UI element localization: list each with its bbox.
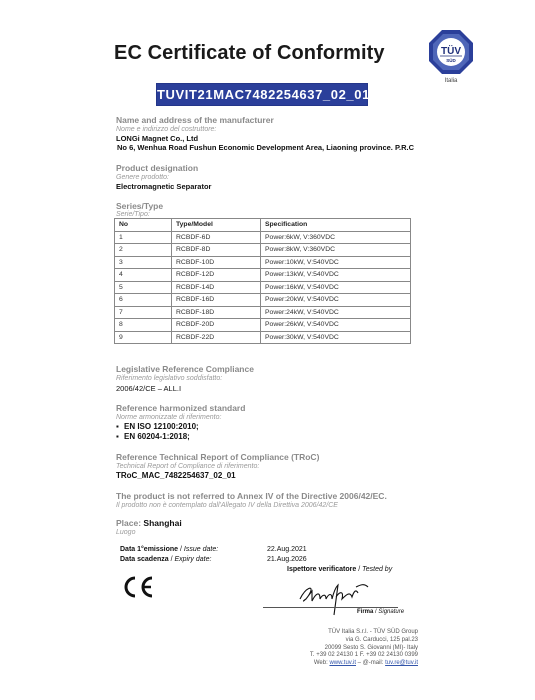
cell-specification: Power:16kW, V:540VDC <box>261 281 411 294</box>
troc-value: TRoC_MAC_7482254637_02_01 <box>116 471 236 480</box>
table-row: 5RCBDF-14DPower:16kW, V:540VDC <box>115 281 411 294</box>
cell-specification: Power:30kW, V:540VDC <box>261 331 411 344</box>
series-heading: Series/Type <box>116 201 163 211</box>
cell-no: 1 <box>115 231 172 244</box>
email-link[interactable]: tuv.re@tuv.it <box>385 660 418 666</box>
series-table: No Type/Model Specification 1RCBDF-6DPow… <box>114 218 411 344</box>
troc-heading-it: Technical Report of Compliance di riferi… <box>116 463 259 470</box>
place: Place: Shanghai <box>116 518 182 528</box>
cell-type-model: RCBDF-22D <box>172 331 261 344</box>
cell-type-model: RCBDF-12D <box>172 269 261 282</box>
logo-caption: Italia <box>428 78 474 84</box>
standard-item: ▪EN ISO 12100:2010; <box>116 422 199 431</box>
cell-no: 9 <box>115 331 172 344</box>
website-link[interactable]: www.tuv.it <box>329 660 356 666</box>
bullet-icon: ▪ <box>116 432 124 441</box>
page-title: EC Certificate of Conformity <box>114 42 385 65</box>
svg-text:TÜV: TÜV <box>441 44 461 57</box>
table-row: 9RCBDF-22DPower:30kW, V:540VDC <box>115 331 411 344</box>
manufacturer-heading-it: Nome e indirizzo del costruttore: <box>116 126 216 133</box>
table-row: 3RCBDF-10DPower:10kW, V:540VDC <box>115 256 411 269</box>
legislative-value: 2006/42/CE – ALL.I <box>116 384 181 393</box>
expiry-date-value: 21.Aug.2026 <box>267 556 307 563</box>
cell-specification: Power:6kW, V:360VDC <box>261 231 411 244</box>
manufacturer-address: No 6, Wenhua Road Fushun Economic Develo… <box>117 143 414 152</box>
cell-type-model: RCBDF-10D <box>172 256 261 269</box>
table-row: 8RCBDF-20DPower:26kW, V:540VDC <box>115 319 411 332</box>
legislative-heading: Legislative Reference Compliance <box>116 364 254 374</box>
cell-specification: Power:20kW, V:540VDC <box>261 294 411 307</box>
table-row: 2RCBDF-8DPower:8kW, V:360VDC <box>115 244 411 257</box>
footer-address: TÜV Italia S.r.l. - TÜV SÜD Group via G.… <box>310 629 418 668</box>
product-heading-it: Genere prodotto: <box>116 174 169 181</box>
cell-no: 7 <box>115 306 172 319</box>
issue-date-label: Data 1°emissione / Issue date: <box>120 546 218 553</box>
cell-no: 5 <box>115 281 172 294</box>
cell-specification: Power:10kW, V:540VDC <box>261 256 411 269</box>
standard-item: ▪EN 60204-1:2018; <box>116 432 190 441</box>
cell-specification: Power:13kW, V:540VDC <box>261 269 411 282</box>
bullet-icon: ▪ <box>116 422 124 431</box>
table-row: 7RCBDF-18DPower:24kW, V:540VDC <box>115 306 411 319</box>
certificate-number-badge: TUVIT21MAC7482254637_02_01 <box>156 83 368 106</box>
cell-specification: Power:24kW, V:540VDC <box>261 306 411 319</box>
table-row: 6RCBDF-16DPower:20kW, V:540VDC <box>115 294 411 307</box>
series-heading-it: Serie/Tipo: <box>116 211 150 218</box>
column-header-spec: Specification <box>261 219 411 232</box>
table-row: 1RCBDF-6DPower:6kW, V:360VDC <box>115 231 411 244</box>
cell-no: 3 <box>115 256 172 269</box>
annex-statement: The product is not referred to Annex IV … <box>116 491 387 501</box>
manufacturer-heading: Name and address of the manufacturer <box>116 115 274 125</box>
product-value: Electromagnetic Separator <box>116 182 211 191</box>
signature-line <box>263 607 398 608</box>
annex-statement-it: Il prodotto non è contemplato dall'Alleg… <box>116 502 338 509</box>
tuv-sud-logo-icon: TÜV SÜD <box>428 29 474 75</box>
expiry-date-label: Data scadenza / Expiry date: <box>120 556 211 563</box>
issue-date-value: 22.Aug.2021 <box>267 546 307 553</box>
tested-by-label: Ispettore verificatore / Tested by <box>287 566 392 573</box>
cell-type-model: RCBDF-6D <box>172 231 261 244</box>
cell-no: 2 <box>115 244 172 257</box>
legislative-heading-it: Riferimento legislativo soddisfatto: <box>116 375 222 382</box>
standards-heading: Reference harmonized standard <box>116 403 245 413</box>
cell-no: 6 <box>115 294 172 307</box>
footer-contact: Web: www.tuv.it – @-mail: tuv.re@tuv.it <box>310 660 418 668</box>
cell-no: 8 <box>115 319 172 332</box>
standards-heading-it: Norme armonizzate di riferimento: <box>116 414 221 421</box>
product-heading: Product designation <box>116 163 198 173</box>
cell-type-model: RCBDF-8D <box>172 244 261 257</box>
cell-no: 4 <box>115 269 172 282</box>
column-header-type: Type/Model <box>172 219 261 232</box>
column-header-no: No <box>115 219 172 232</box>
cell-specification: Power:8kW, V:360VDC <box>261 244 411 257</box>
svg-text:SÜD: SÜD <box>446 57 456 63</box>
troc-heading: Reference Technical Report of Compliance… <box>116 452 319 462</box>
ce-mark-icon <box>121 576 155 603</box>
cell-type-model: RCBDF-18D <box>172 306 261 319</box>
signature-image <box>296 577 376 622</box>
cell-type-model: RCBDF-20D <box>172 319 261 332</box>
manufacturer-name: LONGi Magnet Co., Ltd <box>116 134 198 143</box>
signature-label: Firma / Signature <box>357 609 404 615</box>
table-row: 4RCBDF-12DPower:13kW, V:540VDC <box>115 269 411 282</box>
cell-type-model: RCBDF-14D <box>172 281 261 294</box>
cell-type-model: RCBDF-16D <box>172 294 261 307</box>
place-label-it: Luogo <box>116 529 135 536</box>
cell-specification: Power:26kW, V:540VDC <box>261 319 411 332</box>
table-header-row: No Type/Model Specification <box>115 219 411 232</box>
